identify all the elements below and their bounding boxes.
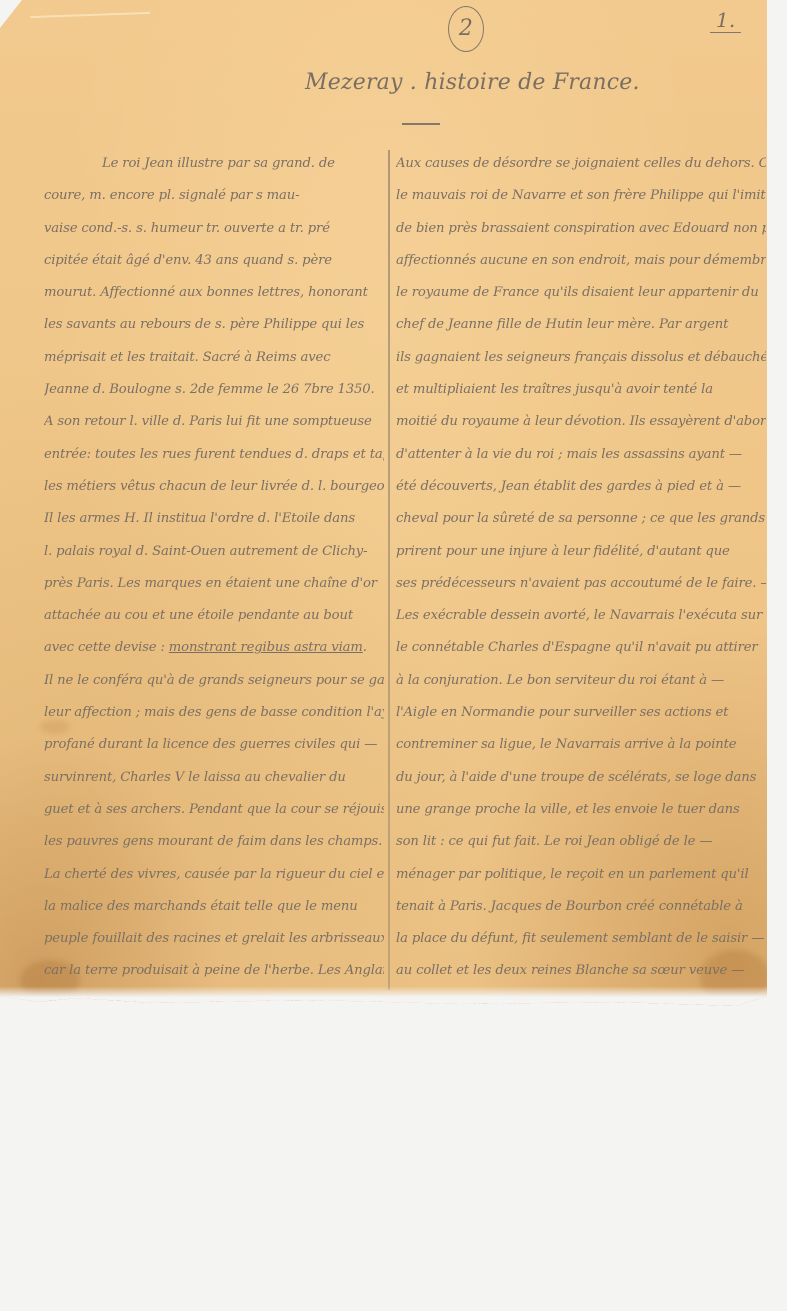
manuscript-line: attachée au cou et une étoile pendante a…: [44, 600, 384, 632]
manuscript-line: la place du défunt, fit seulement sembla…: [396, 923, 766, 955]
manuscript-page: 2 1. Mezeray . histoire de France. Le ro…: [0, 0, 767, 1006]
manuscript-line: le connétable Charles d'Espagne qu'il n'…: [396, 632, 766, 664]
manuscript-line: d'attenter à la vie du roi ; mais les as…: [396, 439, 766, 471]
manuscript-line: chef de Jeanne fille de Hutin leur mère.…: [396, 309, 766, 341]
manuscript-line: cipitée était âgé d'env. 43 ans quand s.…: [44, 245, 384, 277]
title-underline: [402, 123, 440, 125]
manuscript-line: survinrent, Charles V le laissa au cheva…: [44, 762, 384, 794]
manuscript-line: le royaume de France qu'ils disaient leu…: [396, 277, 766, 309]
manuscript-line: les pauvres gens mourant de faim dans le…: [44, 826, 384, 858]
manuscript-line: mourut. Affectionné aux bonnes lettres, …: [44, 277, 384, 309]
manuscript-line: été découverts, Jean établit des gardes …: [396, 471, 766, 503]
manuscript-line: profané durant la licence des guerres ci…: [44, 729, 384, 761]
manuscript-line: Bel étant venues là par forme se jeter a…: [396, 1020, 766, 1024]
manuscript-line: à la conjuration. Le bon serviteur du ro…: [396, 665, 766, 697]
manuscript-line: et multipliaient les traîtres jusqu'à av…: [396, 374, 766, 406]
manuscript-line: Les exécrable dessein avorté, le Navarra…: [396, 600, 766, 632]
manuscript-line: les métiers vêtus chacun de leur livrée …: [44, 471, 384, 503]
manuscript-line: moitié du royaume à leur dévotion. Ils e…: [396, 406, 766, 438]
manuscript-line: l'Aigle en Normandie pour surveiller ses…: [396, 697, 766, 729]
manuscript-line: entrée: toutes les rues furent tendues d…: [44, 439, 384, 471]
page-title: Mezeray . histoire de France.: [305, 70, 640, 95]
right-column: Aux causes de désordre se joignaient cel…: [396, 148, 766, 1024]
manuscript-line: peuple fouillait des racines et grelait …: [44, 923, 384, 955]
manuscript-line: contreminer sa ligue, le Navarrais arriv…: [396, 729, 766, 761]
manuscript-line: coure, m. encore pl. signalé par s mau-: [44, 180, 384, 212]
manuscript-line: avec cette devise : monstrant regibus as…: [44, 632, 384, 664]
manuscript-line: Jeanne d. Boulogne s. 2de femme le 26 7b…: [44, 374, 384, 406]
manuscript-line: leur affection ; mais des gens de basse …: [44, 697, 384, 729]
torn-bottom-edge: [0, 984, 767, 1006]
column-divider: [388, 150, 390, 990]
manuscript-line: A son retour l. ville d. Paris lui fit u…: [44, 406, 384, 438]
manuscript-line: cheval pour la sûreté de sa personne ; c…: [396, 503, 766, 535]
circled-page-number: 2: [448, 6, 484, 52]
manuscript-line: son lit : ce qui fut fait. Le roi Jean o…: [396, 826, 766, 858]
manuscript-line: vaise cond.-s. s. humeur tr. ouverte a t…: [44, 213, 384, 245]
folded-corner: [0, 0, 22, 28]
paper-crease: [30, 12, 150, 18]
folio-number: 1.: [710, 8, 741, 33]
manuscript-line: l. palais royal d. Saint-Ouen autrement …: [44, 536, 384, 568]
manuscript-line: Il ne le conféra qu'à de grands seigneur…: [44, 665, 384, 697]
manuscript-line: une grange proche la ville, et les envoi…: [396, 794, 766, 826]
manuscript-line: car la terre produisait à peine de l'her…: [44, 955, 384, 987]
manuscript-line: Il les armes H. Il institua l'ordre d. l…: [44, 503, 384, 535]
manuscript-line: ils gagnaient les seigneurs français dis…: [396, 342, 766, 374]
manuscript-line: le mauvais roi de Navarre et son frère P…: [396, 180, 766, 212]
manuscript-line: la malice des marchands était telle que …: [44, 891, 384, 923]
underlined-motto: monstrant regibus astra viam: [169, 640, 363, 655]
manuscript-line: prirent pour une injure à leur fidélité,…: [396, 536, 766, 568]
manuscript-line: La cherté des vivres, causée par la rigu…: [44, 859, 384, 891]
manuscript-line: du jour, à l'aide d'une troupe de scélér…: [396, 762, 766, 794]
manuscript-line: de bien près brassaient conspiration ave…: [396, 213, 766, 245]
manuscript-line: Le roi Jean illustre par sa grand. de: [44, 148, 384, 180]
manuscript-line: méprisait et les traitait. Sacré à Reims…: [44, 342, 384, 374]
manuscript-line: ménager par politique, le reçoit en un p…: [396, 859, 766, 891]
manuscript-line: ses prédécesseurs n'avaient pas accoutum…: [396, 568, 766, 600]
manuscript-line: tenait à Paris. Jacques de Bourbon créé …: [396, 891, 766, 923]
manuscript-line: près Paris. Les marques en étaient une c…: [44, 568, 384, 600]
manuscript-line: au collet et les deux reines Blanche sa …: [396, 955, 766, 987]
manuscript-line: guet et à ses archers. Pendant que la co…: [44, 794, 384, 826]
manuscript-line: la trêve. Les bons François, si peu qu'i…: [44, 1020, 384, 1024]
manuscript-line: affectionnés aucune en son endroit, mais…: [396, 245, 766, 277]
manuscript-line: les savants au rebours de s. père Philip…: [44, 309, 384, 341]
manuscript-line: Aux causes de désordre se joignaient cel…: [396, 148, 766, 180]
left-column: Le roi Jean illustre par sa grand. decou…: [44, 148, 384, 1024]
